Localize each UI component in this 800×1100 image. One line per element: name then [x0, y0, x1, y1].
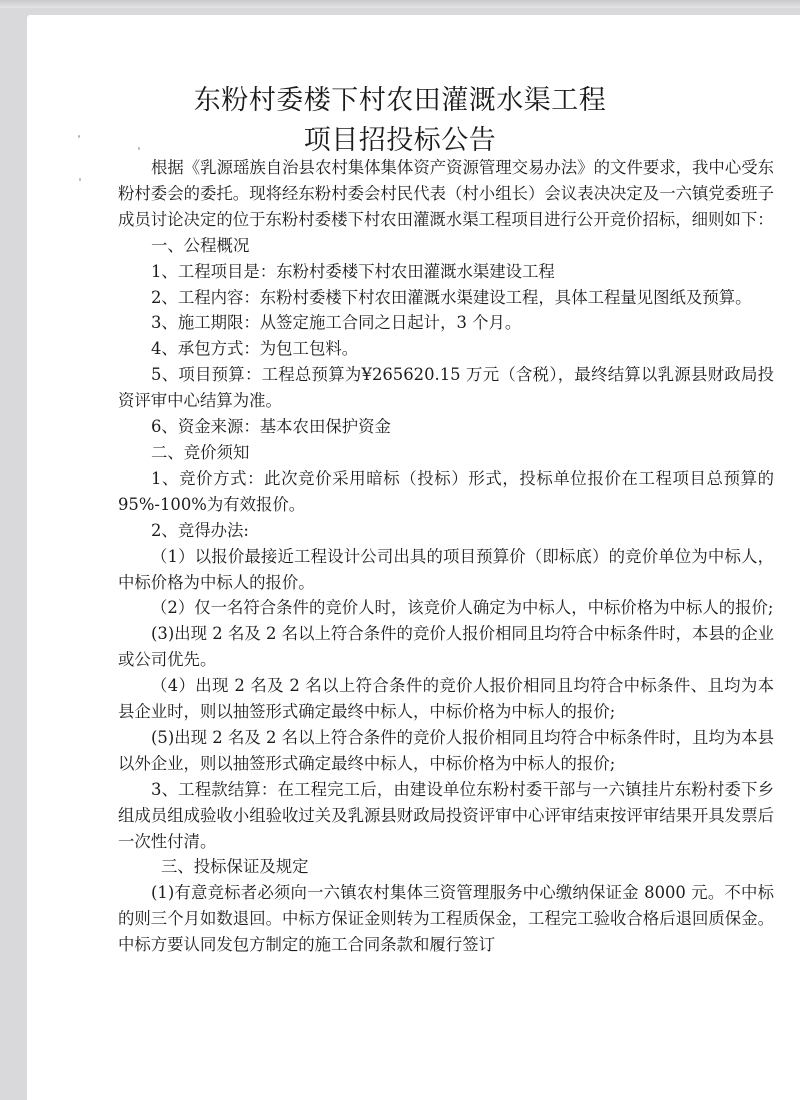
section2-item: 1、竞价方式：此次竞价采用暗标（投标）形式，投标单位报价在工程项目总预算的 95…	[118, 466, 774, 518]
section1-item: 6、资金来源：基本农田保护资金	[118, 414, 774, 440]
document-title-line1: 东粉村委楼下村农田灌溉水渠工程	[0, 78, 800, 117]
intro-paragraph: 根据《乳源瑶族自治县农村集体集体资产资源管理交易办法》的文件要求，我中心受东粉村…	[118, 155, 774, 233]
section2-item: （4）出现 2 名及 2 名以上符合条件的竞价人报价相同且均符合中标条件、且均为…	[118, 673, 774, 725]
scan-border-top	[0, 0, 800, 8]
section1-item: 2、工程内容：东粉村委楼下村农田灌溉水渠建设工程，具体工程量见图纸及预算。	[118, 285, 774, 311]
section1-item: 1、工程项目是：东粉村委楼下村农田灌溉水渠建设工程	[118, 259, 774, 285]
section3-item: (1)有意竞标者必须向一六镇农村集体三资管理服务中心缴纳保证金 8000 元。不…	[118, 880, 774, 958]
document-title-line2: 项目招投标公告	[0, 118, 800, 157]
section2-item: 2、竞得办法:	[118, 518, 774, 544]
section1-item: 3、施工期限：从签定施工合同之日起计，3 个月。	[118, 310, 774, 336]
scan-speck	[79, 178, 81, 181]
section2-item: (5)出现 2 名及 2 名以上符合条件的竞价人报价相同且均符合中标条件时，且均…	[118, 725, 774, 777]
section1-item: 5、项目预算：工程总预算为¥265620.15 万元（含税），最终结算以乳源县财…	[118, 362, 774, 414]
section3-heading: 三、投标保证及规定	[118, 854, 774, 880]
section2-item: (3)出现 2 名及 2 名以上符合条件的竞价人报价相同且均符合中标条件时，本县…	[118, 621, 774, 673]
section2-item: （1）以报价最接近工程设计公司出具的项目预算价（即标底）的竞价单位为中标人，中标…	[118, 544, 774, 596]
section1-item: 4、承包方式：为包工包料。	[118, 336, 774, 362]
section2-heading: 二、竞价须知	[118, 440, 774, 466]
document-body: 根据《乳源瑶族自治县农村集体集体资产资源管理交易办法》的文件要求，我中心受东粉村…	[118, 155, 774, 958]
section2-item: （2）仅一名符合条件的竞价人时，该竞价人确定为中标人，中标价格为中标人的报价;	[118, 595, 774, 621]
section2-item: 3、工程款结算：在工程完工后，由建设单位东粉村委干部与一六镇挂片东粉村委下乡组成…	[118, 777, 774, 855]
section1-heading: 一、公程概况	[118, 233, 774, 259]
